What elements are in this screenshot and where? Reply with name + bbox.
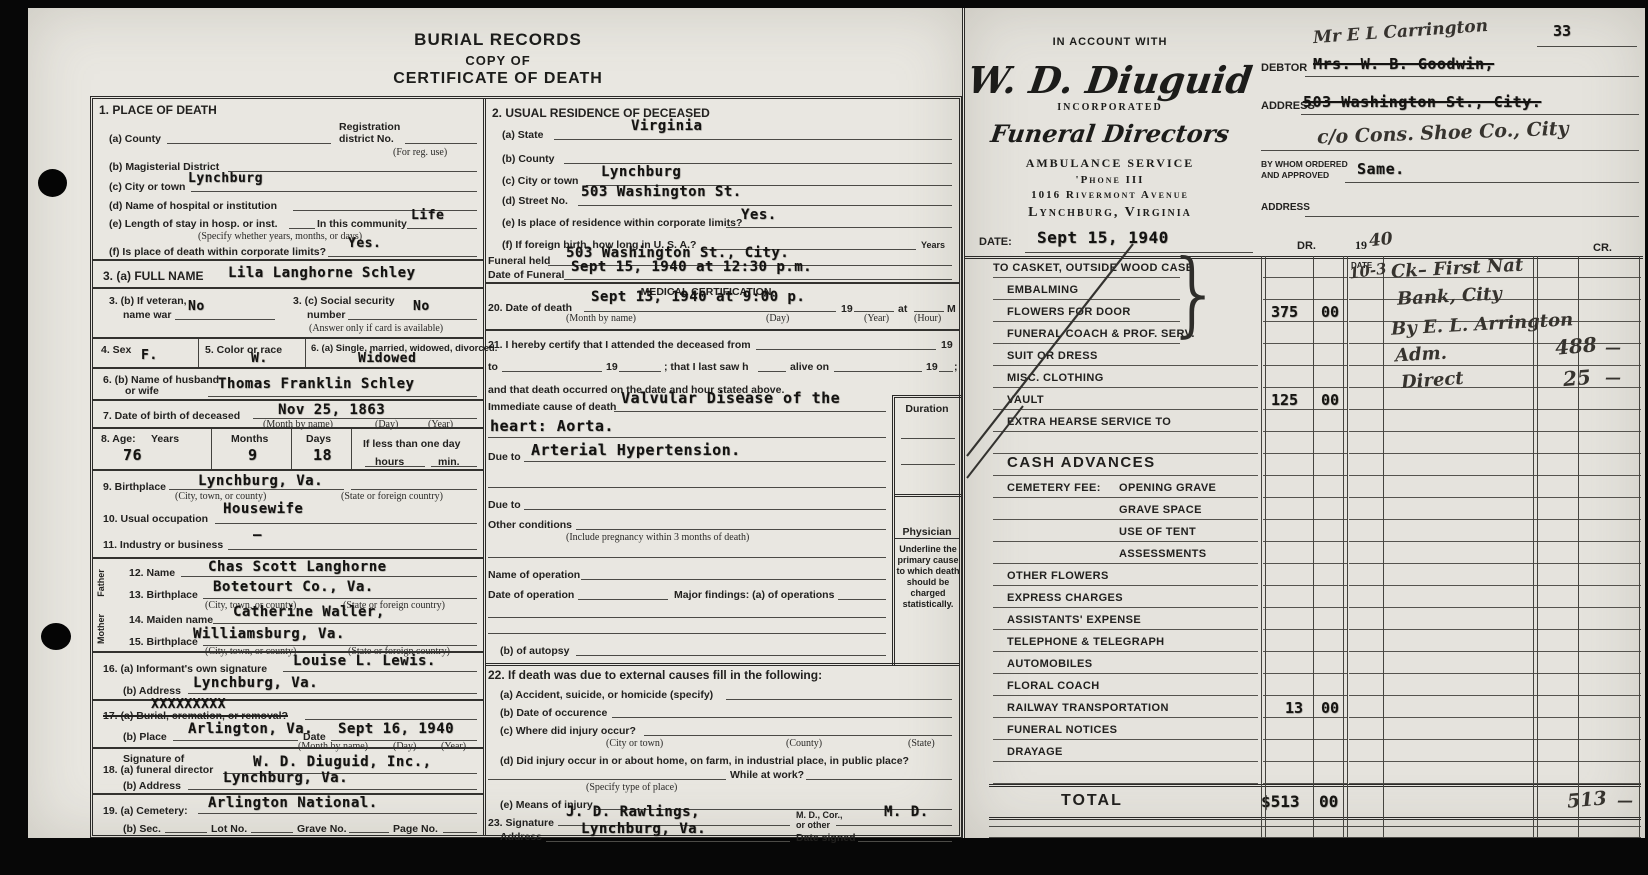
physician-note: Underline the primary cause to which dea… (896, 544, 960, 610)
dod-note-hour: (Hour) (914, 313, 941, 324)
credit-amount-2: 25 (1562, 365, 1592, 391)
alive-19: 19 (926, 361, 938, 373)
due-to-2-label: Due to (488, 499, 521, 511)
certify-line-label: 21. I hereby certify that I attended the… (488, 339, 751, 351)
section-burial: XXXXXXXXX 17. (a) Burial, cremation, or … (93, 699, 483, 749)
injury-note-city: (City or town) (606, 738, 663, 749)
mother-maiden-label: 14. Maiden name (129, 614, 213, 626)
registration-label-1: Registration (339, 121, 400, 133)
birthplace-note-2: (State or foreign country) (341, 491, 443, 502)
section-place-of-death: 1. PLACE OF DEATH (a) County Registratio… (93, 99, 483, 259)
in-this-community-label: In this community (317, 218, 407, 230)
credit-dash-2: — (1605, 368, 1621, 387)
dob-value: Nov 25, 1863 (278, 402, 385, 418)
immediate-cause-value-1: Valvular Disease of the (621, 389, 840, 407)
dod-note-month: (Month by name) (566, 313, 636, 324)
dod-19-label: 19 (841, 303, 853, 315)
length-of-stay-label: (e) Length of stay in hosp. or inst. (109, 218, 278, 230)
for-reg-use-note: (For reg. use) (393, 147, 447, 158)
industry-value: – (253, 527, 262, 543)
while-at-work-label: While at work? (730, 769, 804, 781)
scanned-burial-record: BURIAL RECORDS COPY OF CERTIFICATE OF DE… (0, 0, 1648, 875)
veteran-label-2: name war (123, 309, 171, 321)
mother-birthplace-label: 15. Birthplace (129, 636, 198, 648)
mother-group-label: Mother (95, 614, 107, 644)
city-or-town-value: Lynchburg (188, 171, 263, 186)
birthplace-value: Lynchburg, Va. (198, 473, 323, 489)
certify-19: 19 (941, 339, 953, 351)
hospital-label: (d) Name of hospital or institution (109, 200, 277, 212)
director-address-label: (b) Address (123, 780, 181, 792)
specify-note: (Specify whether years, months, or days) (198, 231, 362, 242)
father-name-value: Chas Scott Langhorne (208, 559, 387, 575)
date-signed-label: Date signed (796, 832, 856, 844)
injury-where-label: (c) Where did injury occur? (500, 725, 636, 737)
occurrence-date-label: (b) Date of occurence (500, 707, 607, 719)
age-months-value: 9 (248, 446, 258, 464)
spouse-value: Thomas Franklin Schley (218, 376, 414, 392)
mother-maiden-value: Catherine Waller, (233, 604, 385, 620)
father-group-label: Father (95, 569, 107, 597)
section-spouse: 6. (b) Name of husband or wife Thomas Fr… (93, 367, 483, 401)
informant-value: Louise L. Lewis. (293, 653, 436, 669)
state-label: (a) State (502, 129, 543, 141)
section-cemetery: 19. (a) Cemetery: Arlington National. (b… (93, 793, 483, 837)
certificate-paper: BURIAL RECORDS COPY OF CERTIFICATE OF DE… (28, 8, 962, 838)
res-city-value: Lynchburg (601, 164, 681, 180)
res-city-label: (c) City or town (502, 175, 578, 187)
duration-physician-box: Duration Physician Underline the primary… (892, 395, 961, 666)
certificate-middle-column: 2. USUAL RESIDENCE OF DECEASED (a) State… (486, 99, 959, 835)
place-type-note: (Specify type of place) (586, 782, 677, 793)
age-years-value: 76 (123, 446, 142, 464)
grave-no-label: Grave No. (297, 823, 347, 835)
dob-label: 7. Date of birth of deceased (103, 410, 240, 422)
res-corporate-label: (e) Is place of residence within corpora… (502, 217, 742, 229)
payment-line-4: Adm. (1394, 343, 1447, 367)
semicolon: ; (954, 361, 958, 373)
injury-note-county: (County) (786, 738, 822, 749)
date-of-death-value: Sept 13, 1940 at 9:00 p. (591, 289, 805, 305)
informant-address-value: Lynchburg, Va. (193, 675, 318, 691)
street-value: 503 Washington St. (581, 184, 742, 200)
director-address-value: Lynchburg, Va. (223, 770, 348, 786)
certificate-title: BURIAL RECORDS COPY OF CERTIFICATE OF DE… (288, 30, 708, 88)
age-days-value: 18 (313, 446, 332, 464)
external-causes-heading: 22. If death was due to external causes … (488, 669, 822, 681)
signature-value: J. D. Rawlings, (566, 804, 700, 820)
sex-label: 4. Sex (101, 344, 131, 356)
to-label: to (488, 361, 498, 373)
birthplace-label: 9. Birthplace (103, 481, 166, 493)
burial-place-value: Arlington, Va. (188, 721, 313, 737)
full-name-value: Lila Langhorne Schley (228, 265, 416, 281)
injury-note-state: (State) (908, 738, 935, 749)
informant-address-label: (b) Address (123, 685, 181, 697)
race-label: 5. Color or race (205, 344, 282, 356)
payment-line-5: Direct (1400, 368, 1464, 393)
length-of-stay-value: Life (411, 208, 444, 223)
burial-date-value: Sept 16, 1940 (338, 721, 454, 737)
funeral-date-value: Sept 15, 1940 at 12:30 p.m. (571, 259, 812, 275)
sex-value: F. (141, 348, 158, 363)
md-value: M. D. (884, 804, 929, 820)
certificate-form: 1. PLACE OF DEATH (a) County Registratio… (90, 96, 962, 838)
section-date-of-birth: 7. Date of birth of deceased Nov 25, 186… (93, 399, 483, 429)
section-age: 8. Age: Years 76 Months 9 Days 18 If les… (93, 427, 483, 471)
section-veteran-ssn: 3. (b) If veteran, name war No 3. (c) So… (93, 287, 483, 339)
punch-hole-bottom (41, 623, 71, 650)
injury-home-label: (d) Did injury occur in or about home, o… (500, 755, 909, 767)
occupation-label: 10. Usual occupation (103, 513, 208, 525)
section-parents: Father Mother 12. Name Chas Scott Langho… (93, 557, 483, 653)
full-name-label: 3. (a) FULL NAME (103, 270, 203, 282)
physician-label: Physician (895, 526, 959, 539)
other-conditions-label: Other conditions (488, 519, 572, 531)
mother-birthplace-value: Williamsburg, Va. (193, 626, 345, 642)
ssn-value: No (413, 299, 430, 314)
dod-m-label: M (947, 303, 956, 315)
street-label: (d) Street No. (502, 195, 568, 207)
state-value: Virginia (631, 118, 702, 134)
funeral-held-label: Funeral held (488, 255, 550, 267)
res-corporate-value: Yes. (741, 207, 777, 223)
spouse-label-1: 6. (b) Name of husband (103, 374, 219, 386)
corporate-limits-label: (f) Is place of death within corporate l… (109, 246, 326, 258)
autopsy-label: (b) of autopsy (500, 645, 569, 657)
race-value: W. (251, 351, 268, 366)
ssn-label-2: number (307, 309, 346, 321)
dod-note-year: (Year) (864, 313, 889, 324)
alive-on-label: alive on (790, 361, 829, 373)
title-line1: BURIAL RECORDS (288, 30, 708, 50)
city-or-town-label: (c) City or town (109, 181, 185, 193)
occupation-value: Housewife (223, 501, 303, 517)
father-name-label: 12. Name (129, 567, 175, 579)
lot-label: Lot No. (211, 823, 247, 835)
ssn-label-1: 3. (c) Social security (293, 295, 395, 307)
industry-label: 11. Industry or business (103, 539, 223, 551)
director-value: W. D. Diuguid, Inc., (253, 754, 432, 770)
registration-label-2: district No. (339, 133, 394, 145)
title-line3: CERTIFICATE OF DEATH (288, 70, 708, 88)
veteran-label-1: 3. (b) If veteran, (109, 295, 187, 307)
last-saw-label: ; that I last saw h (664, 361, 749, 373)
section-full-name: 3. (a) FULL NAME Lila Langhorne Schley (93, 259, 483, 289)
title-line2: COPY OF (288, 53, 708, 68)
dod-at-label: at (898, 303, 907, 315)
foreign-years-label: Years (921, 239, 945, 251)
accident-label: (a) Accident, suicide, or homicide (spec… (500, 689, 713, 701)
father-birthplace-value: Botetourt Co., Va. (213, 579, 374, 595)
funeral-date-label: Date of Funeral (488, 269, 564, 281)
immediate-cause-label: Immediate cause of death (488, 401, 616, 413)
pregnancy-note: (Include pregnancy within 3 months of de… (566, 532, 749, 543)
father-birthplace-label: 13. Birthplace (129, 589, 198, 601)
informant-label: 16. (a) Informant's own signature (103, 663, 267, 675)
md-cor-label-2: or other (796, 819, 830, 831)
operation-name-label: Name of operation (488, 569, 580, 581)
cancellation-slash-marks (965, 8, 1645, 838)
major-findings-label: Major findings: (a) of operations (674, 589, 834, 601)
operation-date-label: Date of operation (488, 589, 574, 601)
age-months-label: Months (231, 433, 268, 445)
cemetery-value: Arlington National. (208, 795, 378, 811)
age-label: 8. Age: (101, 433, 136, 445)
page-no-label: Page No. (393, 823, 438, 835)
place-of-death-heading: 1. PLACE OF DEATH (99, 104, 217, 116)
burial-place-label: (b) Place (123, 731, 167, 743)
age-days-label: Days (306, 433, 331, 445)
less-than-day-label: If less than one day (363, 438, 460, 450)
sig-address-value: Lynchburg, Va. (581, 821, 706, 837)
sec-label: (b) Sec. (123, 823, 161, 835)
section-22-divider (486, 663, 959, 666)
cemetery-label: 19. (a) Cemetery: (103, 805, 188, 817)
immediate-cause-value-2: heart: Aorta. (490, 417, 614, 435)
section-sex-race-marital: 4. Sex F. 5. Color or race W. 6. (a) Sin… (93, 337, 483, 369)
account-ledger-paper: IN ACCOUNT WITH W. D. Diuguid INCORPORAT… (962, 8, 1645, 838)
to-19: 19 (606, 361, 618, 373)
certificate-left-column: 1. PLACE OF DEATH (a) County Registratio… (93, 99, 486, 835)
credit-amount-1: 488 (1554, 332, 1598, 360)
marital-value: Widowed (358, 351, 416, 366)
due-to-1-label: Due to (488, 451, 521, 463)
director-label-2: 18. (a) funeral director (103, 764, 213, 776)
res-county-label: (b) County (502, 153, 555, 165)
section-birthplace-occupation: 9. Birthplace Lynchburg, Va. (City, town… (93, 469, 483, 559)
due-to-1-value: Arterial Hypertension. (531, 441, 741, 459)
signature-label: 23. Signature (488, 817, 554, 829)
credit-dash-1: — (1605, 338, 1621, 357)
sig-address-label: Address (500, 831, 542, 843)
section-funeral-director: Signature of 18. (a) funeral director W.… (93, 747, 483, 795)
spouse-label-2: or wife (125, 385, 159, 397)
ssn-note: (Answer only if card is available) (309, 323, 443, 334)
date-of-death-label: 20. Date of death (488, 302, 572, 314)
duration-label: Duration (895, 403, 959, 415)
age-years-label: Years (151, 433, 179, 445)
county-label: (a) County (109, 133, 161, 145)
veteran-value: No (188, 299, 205, 314)
punch-hole-top (38, 169, 67, 197)
section-informant: 16. (a) Informant's own signature Louise… (93, 651, 483, 701)
dod-note-day: (Day) (766, 313, 789, 324)
corporate-limits-value: Yes. (348, 236, 381, 251)
